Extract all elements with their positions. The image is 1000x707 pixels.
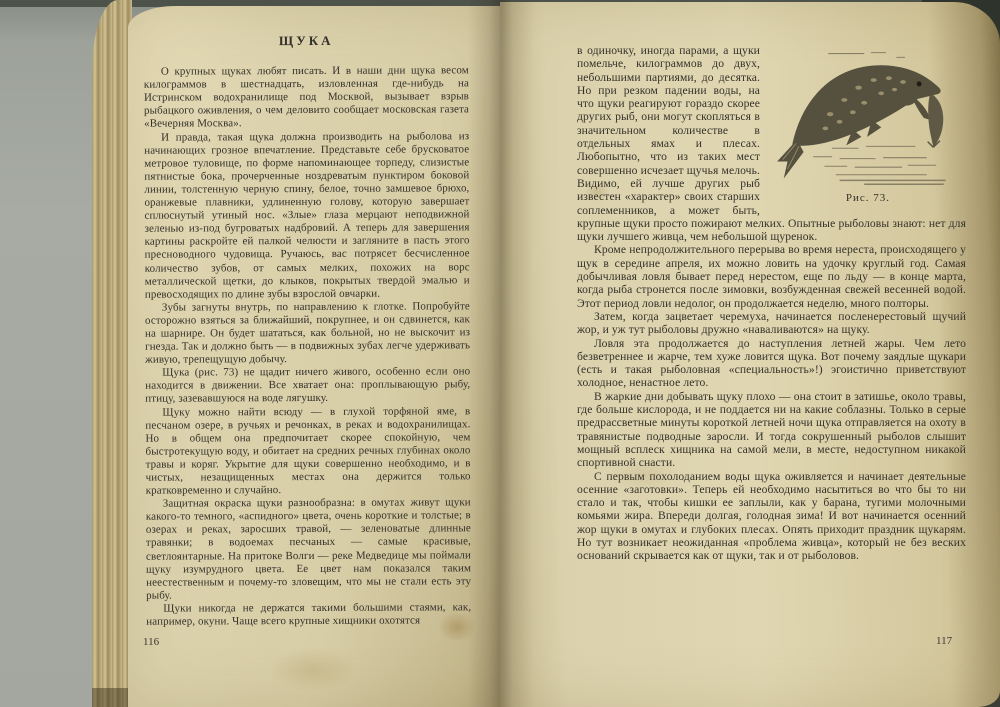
- page-number-right: 117: [936, 635, 952, 647]
- paragraph: Щуки никогда не держатся такими большими…: [146, 601, 471, 629]
- page-number-left: 116: [143, 636, 159, 648]
- paragraph: С первым похолоданием воды щука оживляет…: [577, 470, 966, 563]
- chapter-title: ЩУКА: [144, 33, 469, 48]
- gutter-shadow: [468, 0, 534, 707]
- paragraph: В жаркие дни добывать щуку плохо — она с…: [577, 390, 966, 470]
- paragraph: Ловля эта продолжается до наступления ле…: [577, 337, 966, 390]
- paragraph: О крупных щуках любят писать. И в наши д…: [144, 64, 469, 131]
- page-edge-stack: [92, 0, 132, 707]
- paragraph: Щуку можно найти всюду — в глухой торфян…: [145, 405, 470, 498]
- paper-stain: [268, 648, 358, 692]
- figure-73: Рис. 73.: [770, 46, 966, 205]
- paragraph: И правда, такая щука должна производить …: [144, 130, 470, 302]
- paragraph: Затем, когда зацветает черемуха, начинае…: [577, 310, 966, 337]
- pike-illustration: [771, 46, 965, 188]
- paragraph: Кроме непродолжительного перерыва во вре…: [577, 243, 966, 309]
- paragraph: Щука (рис. 73) не щадит ничего живого, о…: [145, 366, 470, 407]
- left-page-text: ЩУКА О крупных щуках любят писать. И в н…: [144, 33, 472, 629]
- right-page-text: Рис. 73. в одиночку, иногда парами, а щу…: [577, 44, 966, 563]
- paragraph: Зубы загнуты внутрь, по направлению к гл…: [145, 300, 470, 367]
- figure-caption: Рис. 73.: [770, 192, 966, 205]
- page-edge-shadow: [92, 688, 132, 707]
- book-scan: ЩУКА О крупных щуках любят писать. И в н…: [0, 0, 1000, 707]
- paragraph: Защитная окраска щуки разнообразна: в ом…: [146, 496, 471, 602]
